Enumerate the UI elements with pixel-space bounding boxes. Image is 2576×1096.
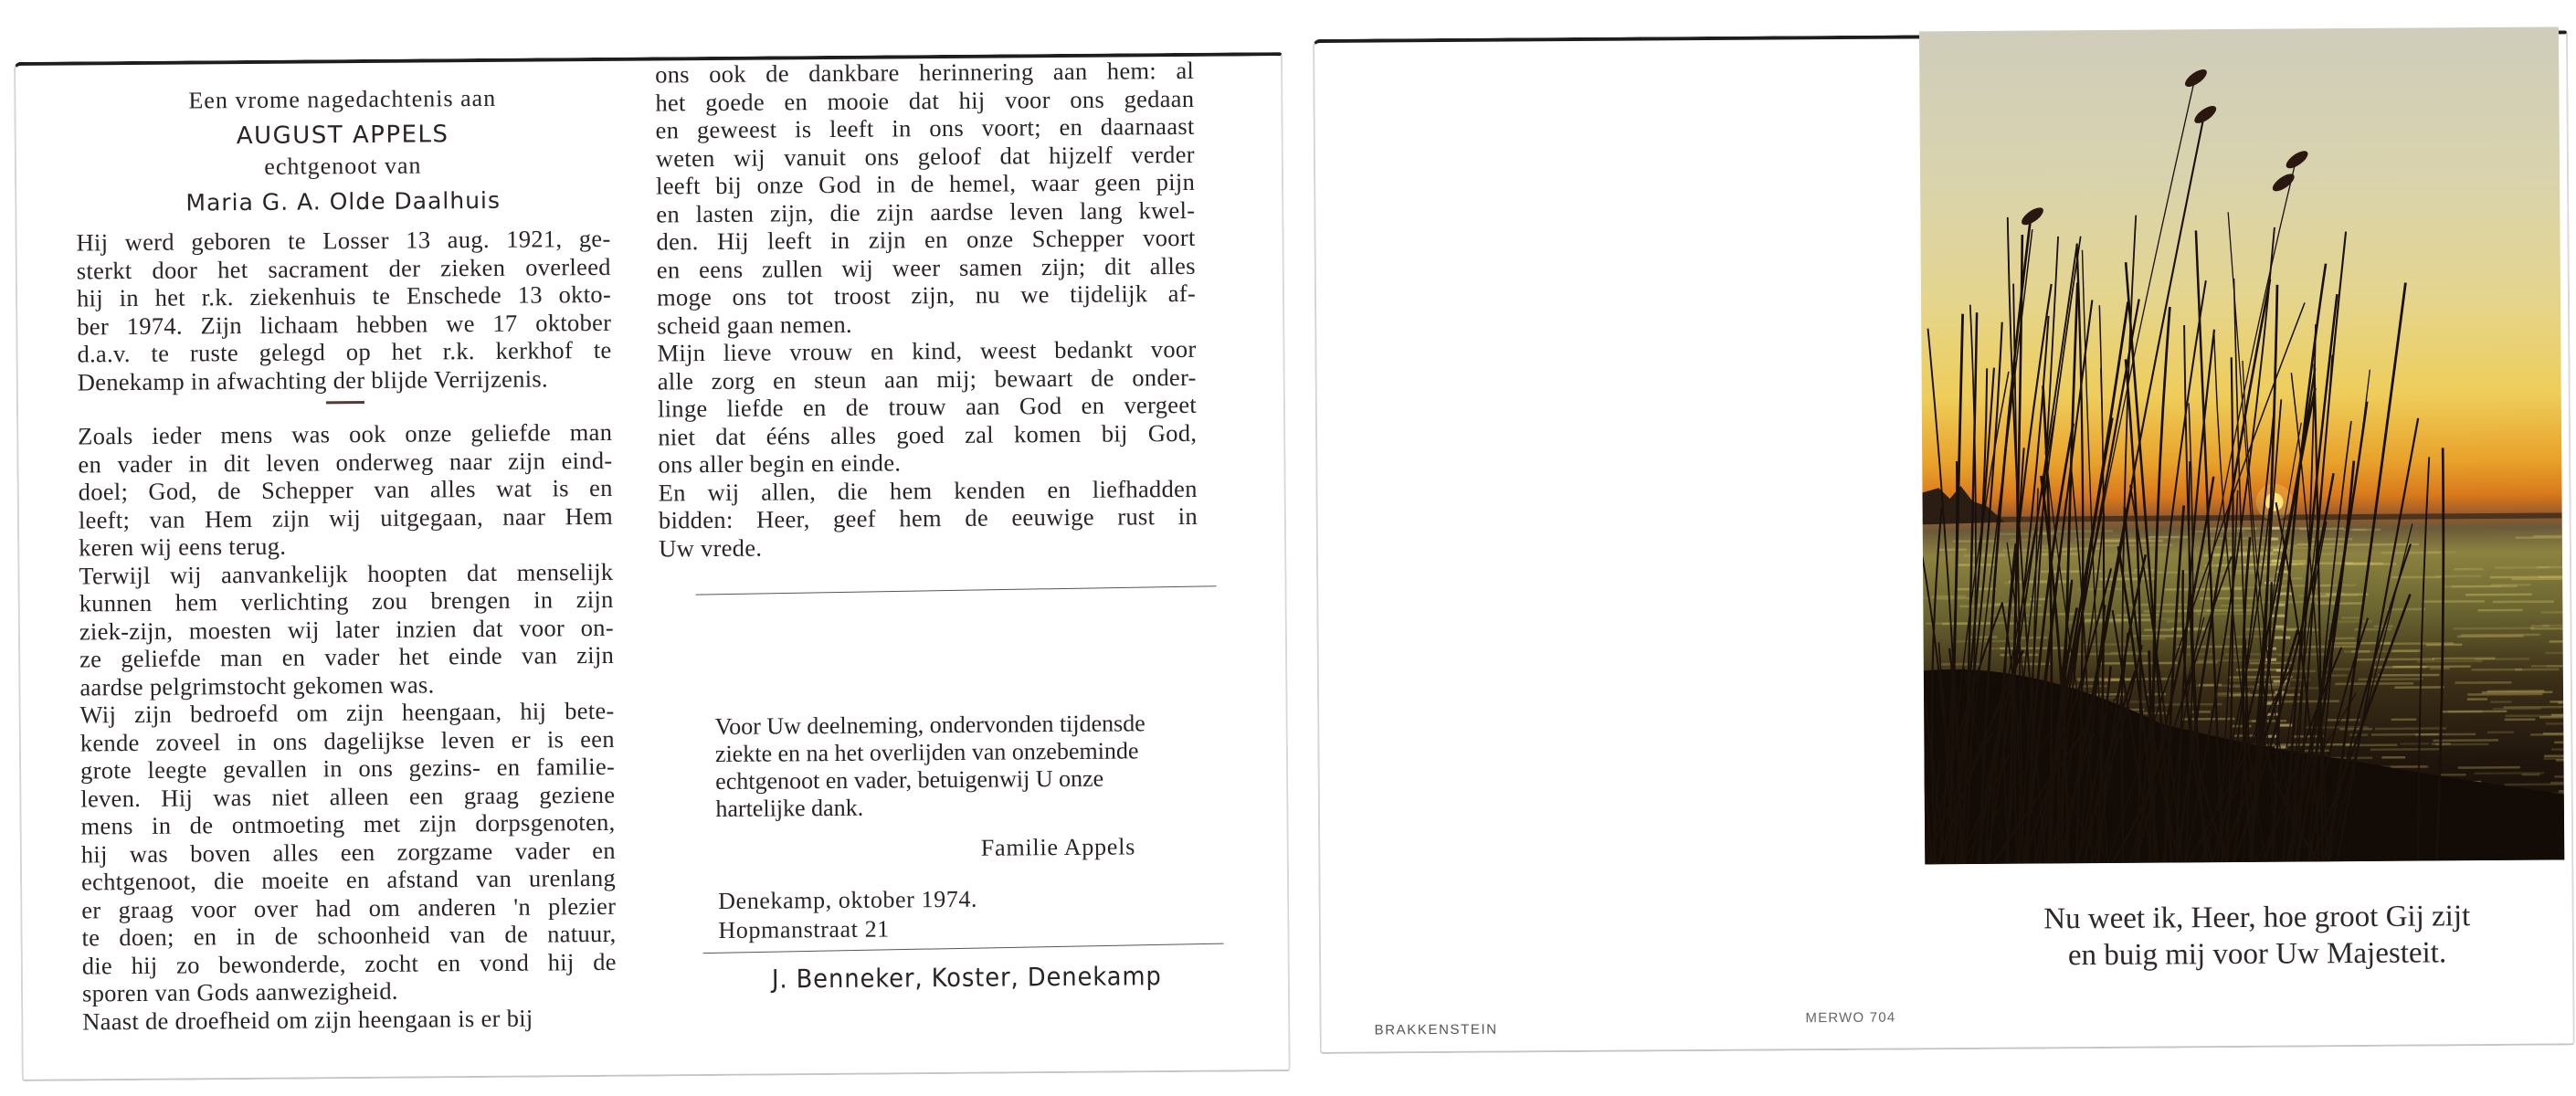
text-line: ze geliefde man en vader het einde van z… (79, 641, 614, 673)
text-line: hij in het r.k. ziekenhuis te Enschede 1… (77, 280, 611, 312)
reeds-silhouette-icon (1919, 26, 2564, 864)
text-line: Hij werd geboren te Losser 13 aug. 1921,… (76, 225, 610, 257)
text-line: kende zoveel in ons dagelijkse leven er … (80, 724, 615, 756)
text-line: leven. Hij was niet alleen een graag gez… (80, 780, 615, 812)
text-line: grote leegte gevallen in ons gezins- en … (80, 753, 615, 785)
text-line: scheid gaan nemen. (657, 307, 1196, 339)
text-line: Wij zijn bedroefd om zijn heengaan, hij … (79, 697, 614, 729)
text-line: ber 1974. Zijn lichaam hebben we 17 okto… (77, 308, 611, 340)
text-line: weten wij vanuit ons geloof dat hijzelf … (656, 140, 1195, 172)
address: Hopmanstraat 21 (718, 914, 977, 945)
memorial-card-text-side: Een vrome nagedachtenis aan AUGUST APPEL… (14, 52, 1291, 1081)
text-line: bidden: Heer, geef hem de eeuwige rust i… (659, 502, 1198, 534)
text-line: Denekamp in afwachting der blijde Verrij… (78, 364, 612, 395)
text-line: leeft; van Hem zijn wij uitgegaan, naar … (79, 501, 613, 533)
text-line: ons ook de dankbare herinnering aan hem:… (655, 57, 1194, 89)
text-line: ons aller begin en einde. (658, 447, 1197, 479)
spouse-name: Maria G. A. Olde Daalhuis (76, 185, 610, 217)
text-line: er graag voor over had om anderen 'n ple… (81, 891, 616, 923)
text-column-left: Een vrome nagedachtenis aan AUGUST APPEL… (75, 84, 617, 1036)
verse-caption: Nu weet ik, Heer, hoe groot Gij zijten b… (1960, 898, 2555, 975)
memorial-text-part-1: Zoals ieder mens was ook onze geliefde m… (78, 418, 617, 1036)
text-line: keren wij eens terug. (79, 530, 613, 562)
text-line: die hij zo bewonderde, zocht en vond hij… (82, 947, 617, 979)
memorial-card-photo-side: Nu weet ik, Heer, hoe groot Gij zijten b… (1313, 30, 2575, 1054)
text-line: en vader in dit leven onderweg naar zijn… (78, 446, 612, 478)
biography-paragraph: Hij werd geboren te Losser 13 aug. 1921,… (76, 225, 611, 396)
text-line: hij was boven alles een zorgzame vader e… (81, 836, 616, 868)
spouse-label: echtgenoot van (76, 151, 610, 183)
text-line: en eens zullen wij weer samen zijn; dit … (657, 251, 1196, 283)
text-line: d.a.v. te ruste gelegd op het r.k. kerkh… (77, 336, 611, 368)
text-line: Zoals ieder mens was ook onze geliefde m… (78, 418, 612, 450)
text-line: niet dat ééns alles goed zal komen bij G… (658, 418, 1197, 450)
text-line: Naast de droefheid om zijn heengaan is e… (82, 1003, 617, 1035)
text-line: Mijn lieve vrouw en kind, weest bedankt … (657, 335, 1196, 367)
text-line: en lasten zijn, die zijn aardse leven la… (656, 195, 1195, 227)
publisher-label: BRAKKENSTEIN (1375, 1022, 1498, 1038)
thanks-paragraph: Voor Uw deelneming, ondervonden tijdensd… (715, 710, 1191, 823)
text-line: alle zorg en steun aan mij; bewaart de o… (658, 363, 1197, 395)
memorial-text-part-2: ons ook de dankbare herinnering aan hem:… (655, 57, 1198, 563)
caption-line: en buig mij voor Uw Majesteit. (1960, 934, 2554, 975)
text-line: ziek-zijn, moesten wij later inzien dat … (79, 613, 614, 645)
divider-line (696, 585, 1217, 595)
deceased-name: AUGUST APPELS (76, 119, 610, 151)
text-line: en geweest is leeft in ons voort; en daa… (655, 112, 1194, 144)
text-line: leeft bij onze God in de hemel, waar gee… (656, 168, 1195, 200)
intro-text: Een vrome nagedachtenis aan (75, 84, 609, 116)
text-line: mens in de ontmoeting met zijn dorpsgeno… (80, 808, 615, 840)
text-line: linge liefde en de trouw aan God en verg… (658, 391, 1197, 423)
text-line: Terwijl wij aanvankelijk hoopten dat men… (79, 557, 613, 589)
text-line: echtgenoot, die moeite en afstand van ur… (81, 864, 616, 896)
text-line: sporen van Gods aanwezigheid. (82, 975, 617, 1007)
text-line: sterkt door het sacrament der zieken ove… (77, 252, 611, 284)
place-date: Denekamp, oktober 1974. (718, 885, 977, 916)
family-signature: Familie Appels (981, 833, 1136, 861)
separator-bar (325, 401, 364, 404)
caption-line: Nu weet ik, Heer, hoe groot Gij zijt (1960, 898, 2554, 939)
text-line: Voor Uw deelneming, ondervonden tijdens (715, 710, 1124, 740)
text-line: kunnen hem verlichting zou brengen in zi… (79, 585, 614, 617)
text-line: te doen; en in de schoonheid van de natu… (81, 920, 616, 952)
sunset-reeds-photo (1919, 26, 2564, 864)
text-line: aardse pelgrimstocht gekomen was. (79, 669, 614, 701)
text-column-right: ons ook de dankbare herinnering aan hem:… (655, 57, 1198, 563)
printer-credit: J. Benneker, Koster, Denekamp (772, 961, 1162, 994)
text-line: den. Hij leeft in zijn en onze Schepper … (656, 224, 1195, 256)
text-line: het goede en mooie dat hij voor ons geda… (655, 84, 1194, 116)
text-line: En wij allen, die hem kenden en liefhadd… (659, 474, 1198, 506)
text-line: doel; God, de Schepper van alles wat is … (79, 474, 613, 506)
text-line: moge ons tot troost zijn, nu we tijdelij… (657, 279, 1196, 311)
text-line: Uw vrede. (659, 530, 1198, 562)
place-and-address: Denekamp, oktober 1974. Hopmanstraat 21 (718, 885, 977, 945)
series-code: MERWO 704 (1805, 1010, 1895, 1027)
